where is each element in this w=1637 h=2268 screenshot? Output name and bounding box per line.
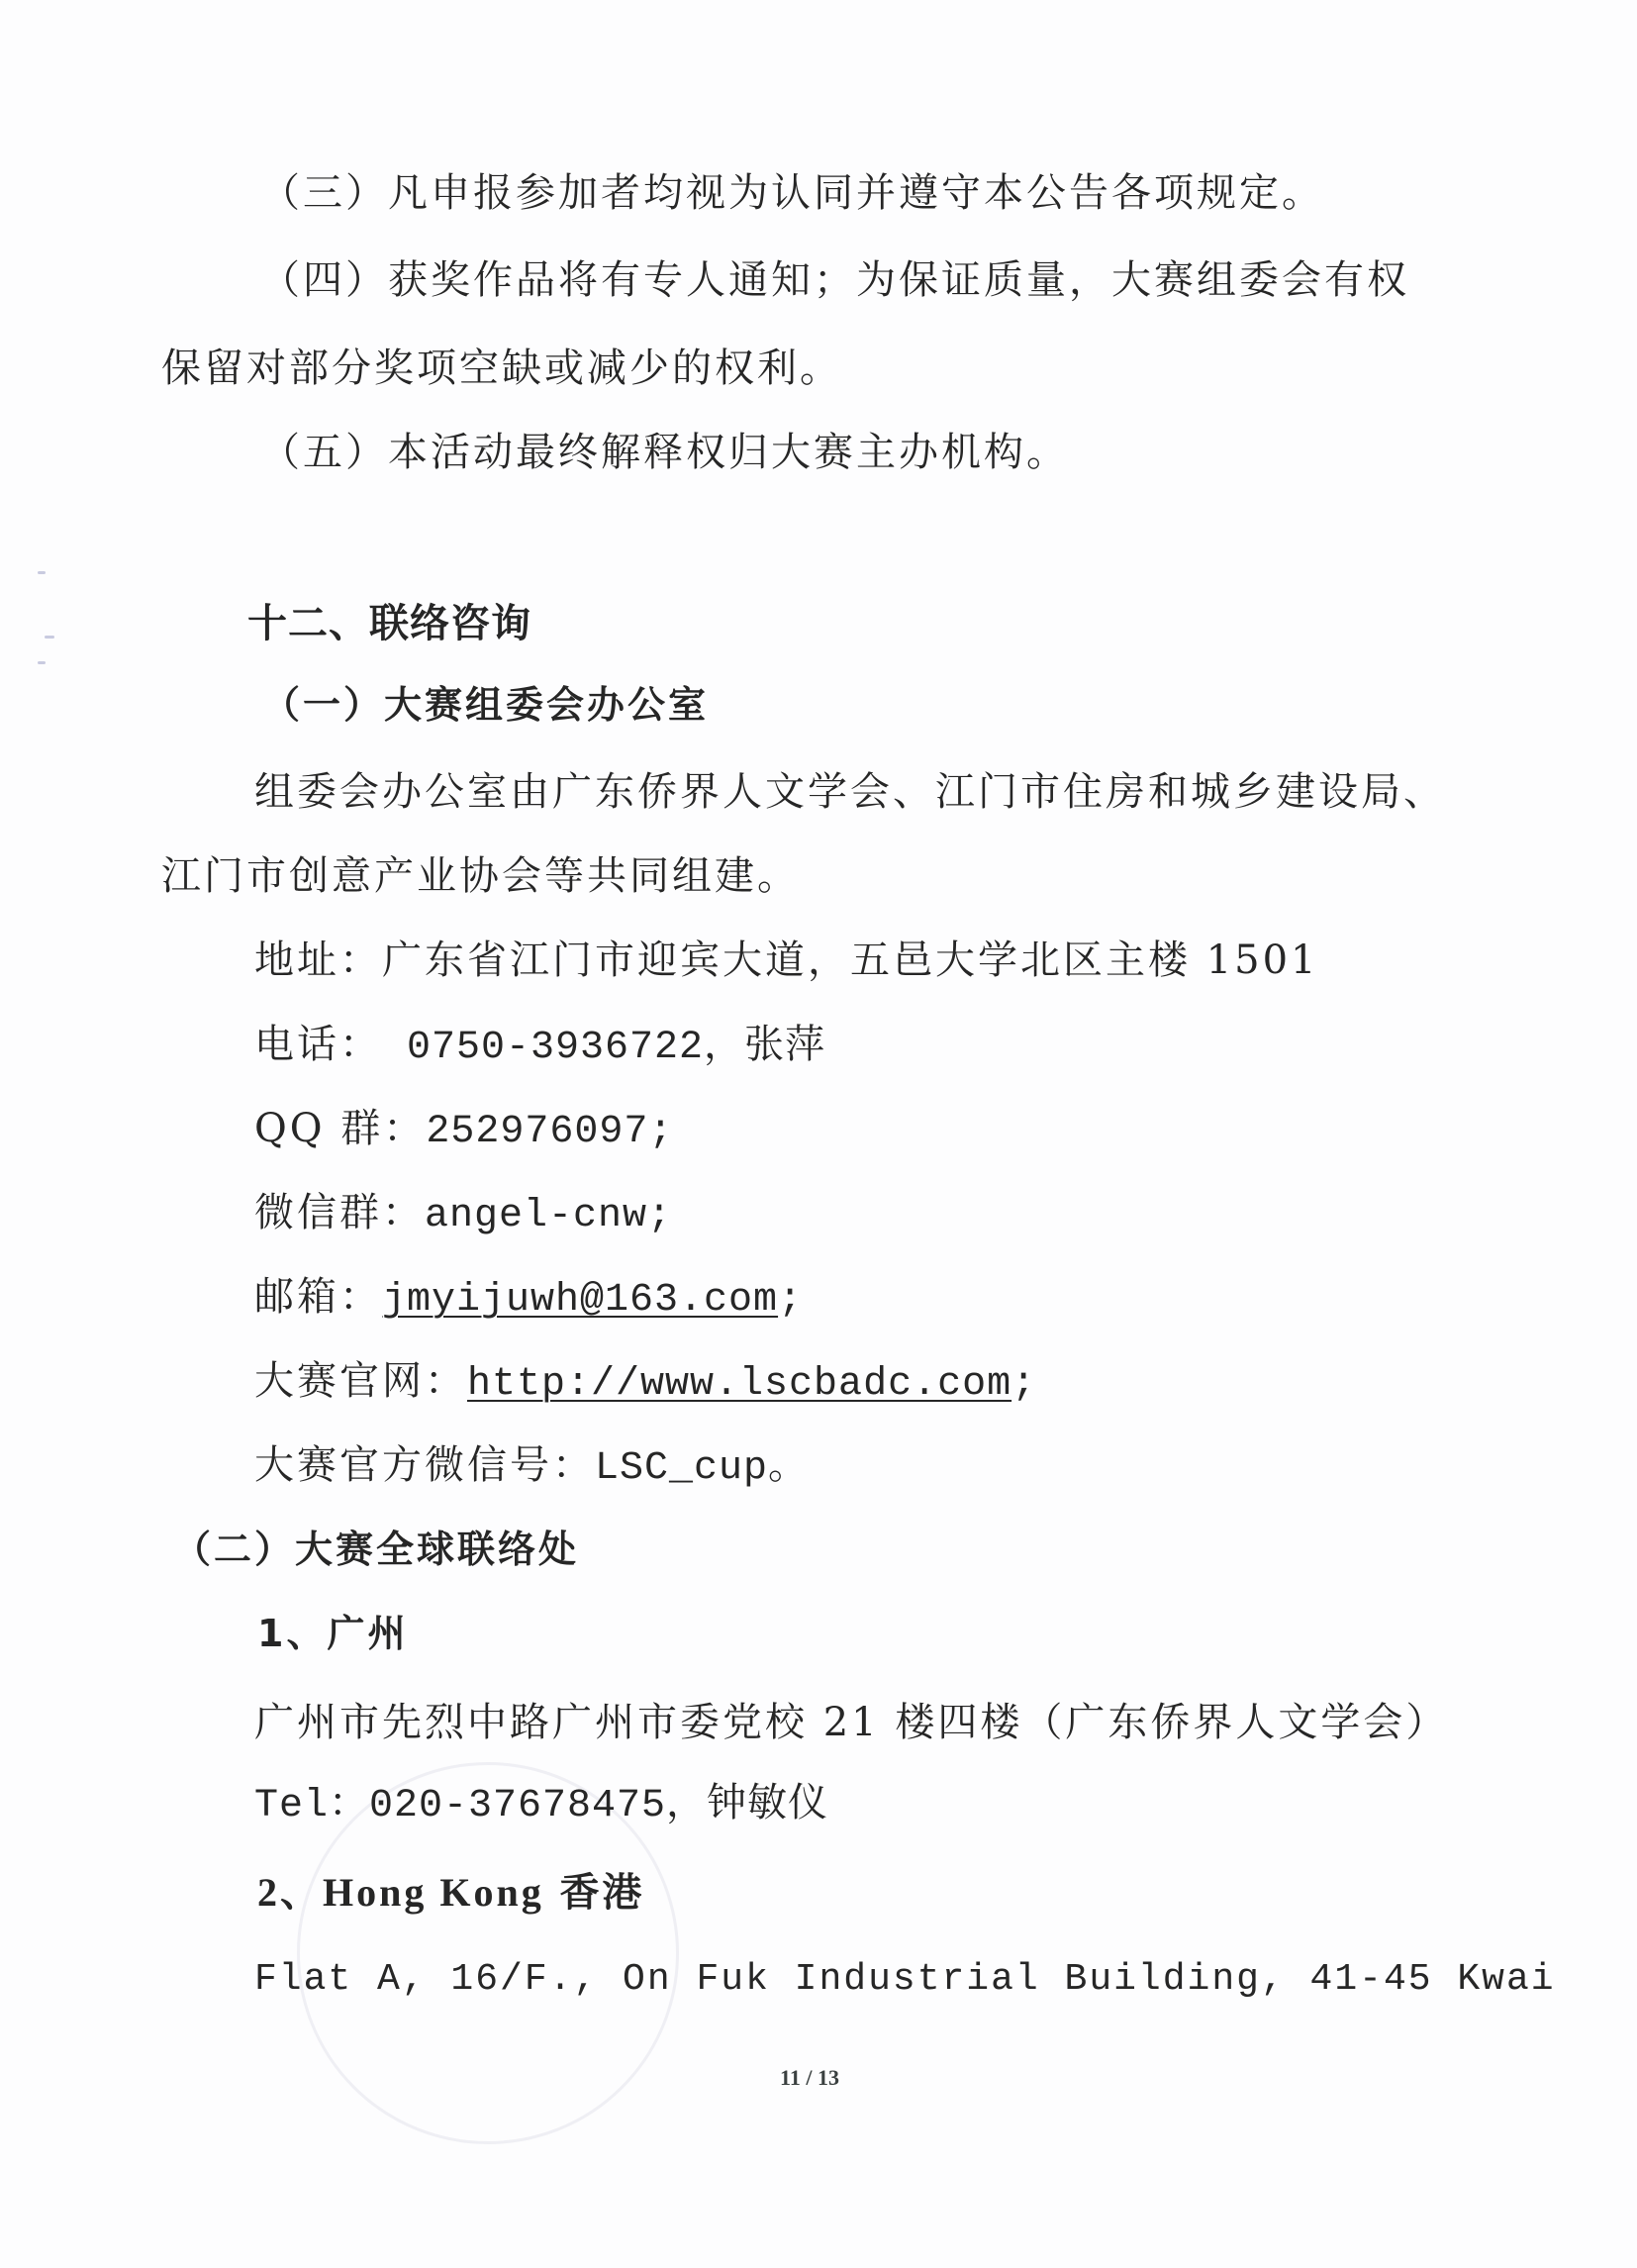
wechat-official-row: 大赛官方微信号：LSC_cup。 bbox=[254, 1440, 809, 1494]
wechat-group-value: angel-cnw; bbox=[425, 1194, 672, 1238]
address-row: 地址：广东省江门市迎宾大道，五邑大学北区主楼 1501 bbox=[254, 936, 1319, 985]
phone-row: 电话： 0750-3936722，张萍 bbox=[254, 1020, 825, 1073]
qq-label: QQ 群： bbox=[254, 1106, 426, 1151]
phone-label: 电话： bbox=[254, 1022, 382, 1067]
office-hongkong-cn: 香港 bbox=[559, 1870, 644, 1916]
phone-value: 0750-3936722，张萍 bbox=[382, 1026, 825, 1070]
clause-3: （三）凡申报参加者均视为认同并遵守本公告各项规定。 bbox=[260, 168, 1324, 218]
office-guangzhou-title: 1、广州 bbox=[257, 1609, 408, 1658]
office-hongkong-num: 2、 bbox=[257, 1870, 323, 1915]
section-heading: 十二、联络咨询 bbox=[247, 599, 531, 648]
wechat-official-value: LSC_cup。 bbox=[595, 1446, 809, 1491]
page-number: 11 / 13 bbox=[0, 2065, 1637, 2091]
document-page: （三）凡申报参加者均视为认同并遵守本公告各项规定。 （四）获奖作品将有专人通知；… bbox=[0, 0, 1637, 2268]
email-link[interactable]: jmyijuwh@163.com bbox=[382, 1278, 778, 1323]
subsection-1-heading: （一）大赛组委会办公室 bbox=[262, 680, 709, 730]
address-label: 地址： bbox=[254, 937, 382, 983]
email-suffix: ; bbox=[778, 1278, 803, 1323]
intro-line-1: 组委会办公室由广东侨界人文学会、江门市住房和城乡建设局、 bbox=[254, 767, 1446, 817]
website-suffix: ; bbox=[1011, 1362, 1036, 1407]
address-value: 广东省江门市迎宾大道，五邑大学北区主楼 1501 bbox=[382, 937, 1319, 983]
email-row: 邮箱：jmyijuwh@163.com; bbox=[254, 1272, 803, 1326]
website-label: 大赛官网： bbox=[254, 1358, 467, 1404]
office-hongkong-address: Flat A, 16/F., On Fuk Industrial Buildin… bbox=[254, 1955, 1556, 2005]
wechat-group-label: 微信群： bbox=[254, 1190, 425, 1235]
website-link[interactable]: http://www.lscbadc.com bbox=[467, 1362, 1011, 1407]
office-guangzhou-tel: Tel：020-37678475，钟敏仪 bbox=[254, 1782, 828, 1831]
scan-artifact bbox=[38, 661, 46, 664]
clause-5: （五）本活动最终解释权归大赛主办机构。 bbox=[260, 428, 1069, 477]
qq-row: QQ 群：252976097; bbox=[254, 1104, 673, 1157]
wechat-group-row: 微信群：angel-cnw; bbox=[254, 1188, 672, 1241]
office-guangzhou-address: 广州市先烈中路广州市委党校 21 楼四楼（广东侨界人文学会） bbox=[254, 1698, 1448, 1747]
qq-value: 252976097; bbox=[426, 1110, 673, 1154]
office-hongkong-title: 2、Hong Kong 香港 bbox=[257, 1868, 644, 1918]
wechat-official-label: 大赛官方微信号： bbox=[254, 1442, 595, 1488]
clause-4: （四）获奖作品将有专人通知；为保证质量，大赛组委会有权 bbox=[260, 255, 1409, 305]
office-hongkong-en: Hong Kong bbox=[323, 1870, 544, 1915]
clause-4-cont: 保留对部分奖项空缺或减少的权利。 bbox=[161, 344, 842, 393]
scan-artifact bbox=[45, 636, 54, 639]
subsection-2-heading: （二）大赛全球联络处 bbox=[173, 1525, 579, 1574]
intro-line-2: 江门市创意产业协会等共同组建。 bbox=[161, 851, 800, 901]
scan-artifact bbox=[38, 571, 46, 574]
email-label: 邮箱： bbox=[254, 1274, 382, 1320]
website-row: 大赛官网：http://www.lscbadc.com; bbox=[254, 1356, 1036, 1410]
